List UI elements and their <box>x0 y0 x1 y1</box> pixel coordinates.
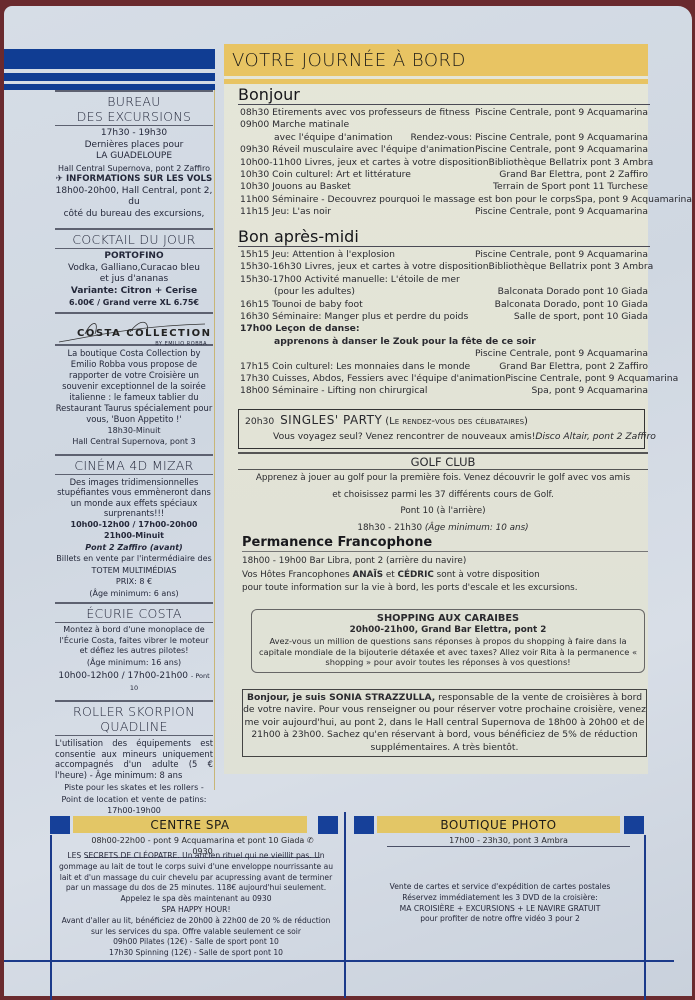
schedule-row: 10h30 Jouons au BasketTerrain de Sport p… <box>240 181 648 193</box>
left-header-bar <box>4 73 215 81</box>
schedule-row: 15h30-17h00 Activité manuelle: L'étoile … <box>240 274 648 286</box>
activity: 17h00 Leçon de danse: <box>240 323 360 335</box>
schedule-row: 15h15 Jeu: Attention à l'explosionPiscin… <box>240 249 648 261</box>
left-header-bar <box>4 49 215 69</box>
activity-location: Piscine Centrale, pont 9 Acquamarina <box>475 348 648 360</box>
costa-collection-logo: COSTA COLLECTION BY EMILIO ROBBA <box>55 312 213 346</box>
francophone-section: 18h00 - 19h00 Bar Libra, pont 2 (arrière… <box>242 555 648 596</box>
schedule-row: 15h30-16h30 Livres, jeux et cartes à vot… <box>240 261 648 273</box>
spa-heading: CENTRE SPA <box>73 816 307 833</box>
cinema-heading: CINÉMA 4D MIZAR <box>55 454 213 475</box>
activity-location: Salle de sport, pont 10 Giada <box>514 311 648 323</box>
activity: 11h00 Séminaire - Decouvrez pourquoi le … <box>240 194 575 206</box>
left-border-line <box>50 835 52 1000</box>
activity-location: Piscine Centrale, pont 9 Acquamarina <box>475 249 648 261</box>
photo-heading: BOUTIQUE PHOTO <box>377 816 620 833</box>
cocktail-heading: COCKTAIL DU JOUR <box>55 228 213 249</box>
activity-location: Balconata Dorado pont 10 Giada <box>498 286 648 298</box>
schedule-row: avec l'équipe d'animationRendez-vous: Pi… <box>240 132 648 144</box>
schedule-row: 10h00-11h00 Livres, jeux et cartes à vot… <box>240 157 648 169</box>
roller-section: ROLLER SKORPION QUADLINE L'utilisation d… <box>55 700 213 828</box>
activity: 15h30-16h30 Livres, jeux et cartes à vot… <box>240 261 489 273</box>
activity: 15h15 Jeu: Attention à l'explosion <box>240 249 395 261</box>
sales-contact-box: Bonjour, je suis SONIA STRAZZULLA, respo… <box>242 689 647 757</box>
activity-location: Spa, pont 9 Acquamarina <box>575 194 692 206</box>
bottom-divider <box>4 960 674 962</box>
airplane-icon: ✈ <box>56 174 63 184</box>
francophone-heading: Permanence Francophone <box>242 534 648 552</box>
activity-location: Bibliothèque Bellatrix pont 3 Ambra <box>489 157 654 169</box>
activity-location: Piscine Centrale, pont 9 Acquamarina <box>475 206 648 218</box>
photo-blue-square <box>354 816 374 834</box>
activity: 10h30 Jouons au Basket <box>240 181 351 193</box>
photo-hours: 17h00 - 23h30, pont 3 Ambra <box>387 835 630 847</box>
right-border-line <box>644 835 646 1000</box>
morning-heading: Bonjour <box>238 86 650 105</box>
golf-heading: GOLF CLUB <box>238 452 648 470</box>
excursions-section: BUREAU DES EXCURSIONS 17h30 - 19h30 Dern… <box>55 90 213 220</box>
activity: 09h00 Marche matinale <box>240 119 349 131</box>
activity: 15h30-17h00 Activité manuelle: L'étoile … <box>240 274 460 286</box>
schedule-row: 10h30 Coin culturel: Art et littératureG… <box>240 169 648 181</box>
schedule-row: 11h15 Jeu: L'as noirPiscine Centrale, po… <box>240 206 648 218</box>
activity-location: Bibliothèque Bellatrix pont 3 Ambra <box>489 261 654 273</box>
costa-collection-section: La boutique Costa Collection by Emilio R… <box>55 348 213 448</box>
singles-party-details: Vous voyagez seul? Venez rencontrer de n… <box>245 429 638 444</box>
activity-location: Grand Bar Elettra, pont 2 Zaffiro <box>499 169 648 181</box>
flights-info-title: ✈ INFORMATIONS SUR LES VOLS <box>55 174 213 186</box>
roller-heading: ROLLER SKORPION QUADLINE <box>55 700 213 736</box>
schedule-row: 17h00 Leçon de danse: <box>240 323 648 335</box>
photo-blue-square <box>624 816 644 834</box>
activity-location: Rendez-vous: Piscine Centrale, pont 9 Ac… <box>410 132 648 144</box>
cocktail-section: COCKTAIL DU JOUR PORTOFINO Vodka, Gallia… <box>55 228 213 309</box>
activity-location: Balconata Dorado, pont 10 Giada <box>495 299 648 311</box>
activity-location: Piscine Centrale, pont 9 Acquamarina <box>505 373 678 385</box>
schedule-row: 17h15 Coin culturel: Les monnaies dans l… <box>240 361 648 373</box>
schedule-row: apprenons à danser le Zouk pour la fête … <box>240 336 648 348</box>
schedule-row: 16h15 Tounoi de baby footBalconata Dorad… <box>240 299 648 311</box>
golf-section: Apprenez à jouer au golf pour la premièr… <box>238 470 648 536</box>
spa-blue-square <box>50 816 70 834</box>
activity-location: Spa, pont 9 Acquamarina <box>531 385 648 397</box>
activity: apprenons à danser le Zouk pour la fête … <box>240 336 536 348</box>
excursions-heading: BUREAU DES EXCURSIONS <box>55 90 213 126</box>
afternoon-heading: Bon après-midi <box>238 228 650 247</box>
title-underline <box>224 79 648 84</box>
schedule-row: 09h00 Marche matinale <box>240 119 648 131</box>
schedule-row: (pour les adultes)Balconata Dorado pont … <box>240 286 648 298</box>
activity: 11h15 Jeu: L'as noir <box>240 206 331 218</box>
schedule-row: 18h00 Séminaire - Lifting non chirurgica… <box>240 385 648 397</box>
schedule-row: 16h30 Séminaire: Manger plus et perdre d… <box>240 311 648 323</box>
singles-party-box: 20h30 SINGLES' PARTY (Le rendez-vous des… <box>238 409 645 449</box>
activity: 10h30 Coin culturel: Art et littérature <box>240 169 411 181</box>
activity-location: Piscine Centrale, pont 9 Acquamarina <box>475 107 648 119</box>
shopping-box: SHOPPING AUX CARAIBES 20h00-21h00, Grand… <box>251 609 645 673</box>
spa-section: LES SECRETS DE CLÉOPATRE. Un ancien ritu… <box>55 851 337 959</box>
activity: 16h15 Tounoi de baby foot <box>240 299 363 311</box>
activity: 17h15 Coin culturel: Les monnaies dans l… <box>240 361 470 373</box>
daily-program: VOTRE JOURNÉE À BORD Bonjour 08h30 Etire… <box>224 44 648 774</box>
activity: 10h00-11h00 Livres, jeux et cartes à vot… <box>240 157 489 169</box>
schedule-row: 11h00 Séminaire - Decouvrez pourquoi le … <box>240 194 648 206</box>
activity: 16h30 Séminaire: Manger plus et perdre d… <box>240 311 468 323</box>
morning-schedule: 08h30 Etirements avec vos professeurs de… <box>240 107 648 219</box>
schedule-row: 17h30 Cuisses, Abdos, Fessiers avec l'éq… <box>240 373 648 385</box>
schedule-row: Piscine Centrale, pont 9 Acquamarina <box>240 348 648 360</box>
activity: 09h30 Réveil musculaire avec l'équipe d'… <box>240 144 475 156</box>
activity: 08h30 Etirements avec vos professeurs de… <box>240 107 470 119</box>
column-divider <box>214 90 215 790</box>
ecurie-heading: ÉCURIE COSTA <box>55 602 213 623</box>
activity: (pour les adultes) <box>240 286 355 298</box>
ecurie-section: ÉCURIE COSTA Montez à bord d'une monopla… <box>55 602 213 694</box>
activity-location: Grand Bar Elettra, pont 2 Zaffiro <box>499 361 648 373</box>
schedule-row: 09h30 Réveil musculaire avec l'équipe d'… <box>240 144 648 156</box>
left-column: BUREAU DES EXCURSIONS 17h30 - 19h30 Dern… <box>55 90 213 831</box>
activity: avec l'équipe d'animation <box>240 132 393 144</box>
afternoon-schedule: 15h15 Jeu: Attention à l'explosionPiscin… <box>240 249 648 398</box>
middle-border-line <box>344 812 346 998</box>
activity-location: Terrain de Sport pont 11 Turchese <box>493 181 648 193</box>
page-title: VOTRE JOURNÉE À BORD <box>224 44 648 76</box>
schedule-row: 08h30 Etirements avec vos professeurs de… <box>240 107 648 119</box>
photo-section: Vente de cartes et service d'expédition … <box>360 882 640 925</box>
activity-location: Piscine Centrale, pont 9 Acquamarina <box>475 144 648 156</box>
ecurie-schedule: 10h00-12h00 / 17h00-21h00 - Pont 10 <box>55 671 213 694</box>
cinema-section: CINÉMA 4D MIZAR Des images tridimensionn… <box>55 454 213 600</box>
activity: 18h00 Séminaire - Lifting non chirurgica… <box>240 385 427 397</box>
spa-blue-square <box>318 816 338 834</box>
activity: 17h30 Cuisses, Abdos, Fessiers avec l'éq… <box>240 373 505 385</box>
singles-party-title: 20h30 SINGLES' PARTY (Le rendez-vous des… <box>245 413 638 429</box>
